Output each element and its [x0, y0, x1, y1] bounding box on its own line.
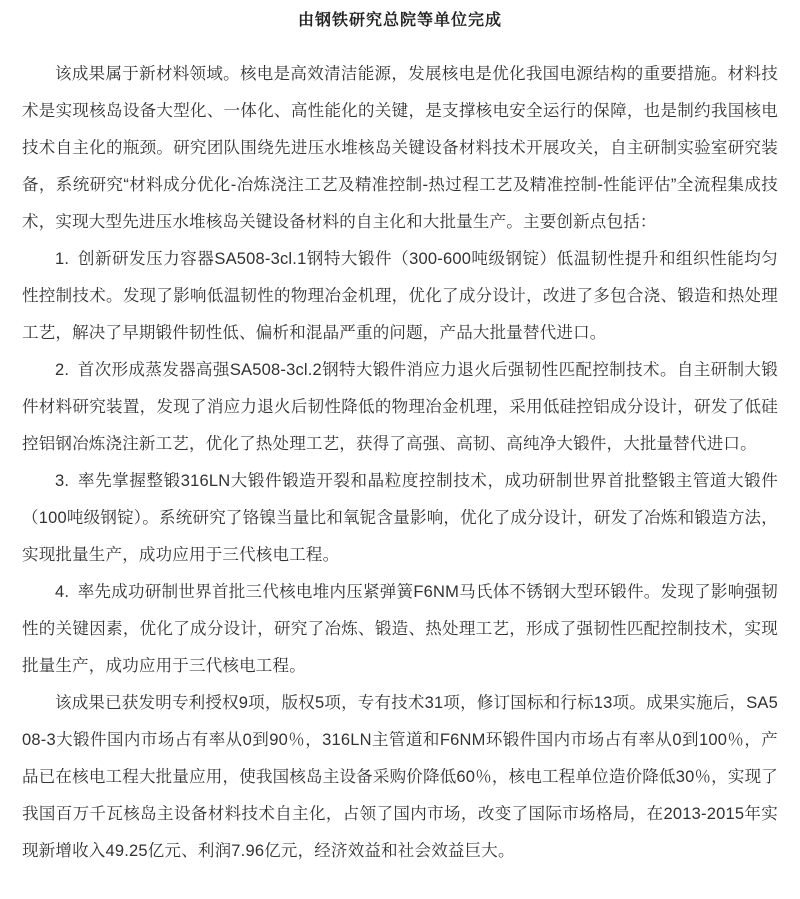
paragraph-results: 该成果已获发明专利授权9项，版权5项，专有技术31项，修订国标和行标13项。成果…: [22, 685, 778, 870]
paragraph-innovation-1: 1. 创新研发压力容器SA508-3cl.1钢特大锻件（300-600吨级钢锭）…: [22, 241, 778, 352]
document-title: 由钢铁研究总院等单位完成: [22, 8, 778, 34]
paragraph-intro: 该成果属于新材料领域。核电是高效清洁能源，发展核电是优化我国电源结构的重要措施。…: [22, 56, 778, 241]
paragraph-innovation-3: 3. 率先掌握整锻316LN大锻件锻造开裂和晶粒度控制技术，成功研制世界首批整锻…: [22, 463, 778, 574]
document-page: 由钢铁研究总院等单位完成 该成果属于新材料领域。核电是高效清洁能源，发展核电是优…: [0, 0, 800, 899]
paragraph-innovation-4: 4. 率先成功研制世界首批三代核电堆内压紧弹簧F6NM马氏体不锈钢大型环锻件。发…: [22, 574, 778, 685]
paragraph-innovation-2: 2. 首次形成蒸发器高强SA508-3cl.2钢特大锻件消应力退火后强韧性匹配控…: [22, 352, 778, 463]
